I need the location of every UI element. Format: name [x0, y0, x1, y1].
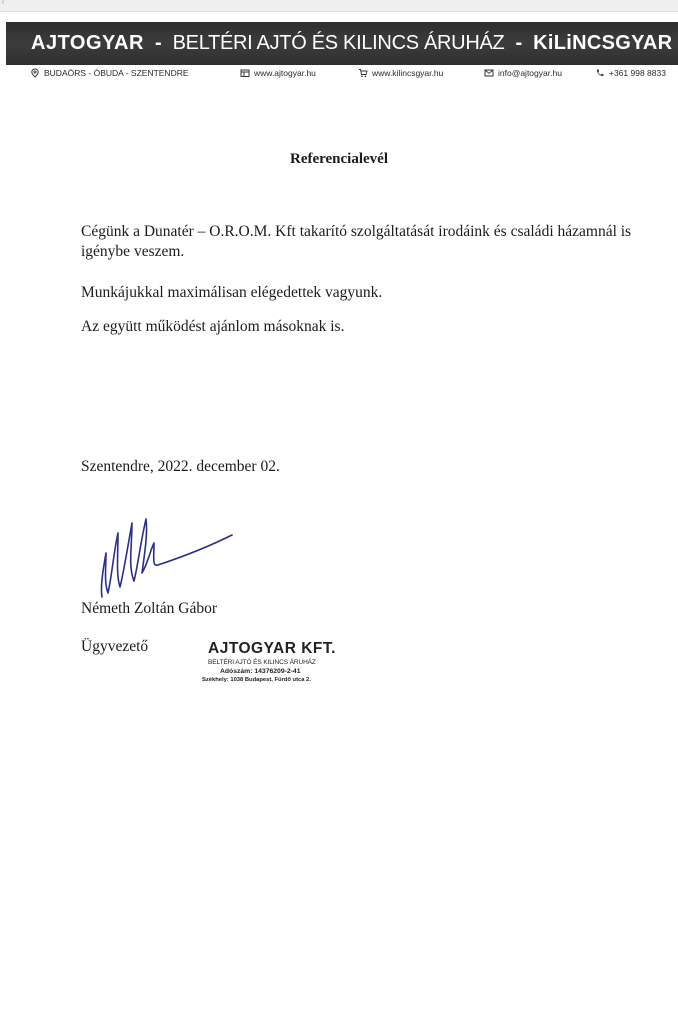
- contact-website-kilincsgyar[interactable]: www.kilincsgyar.hu: [358, 68, 443, 78]
- stamp-tax-id: Adószám: 14376209-2-41: [200, 667, 360, 676]
- signer-name: Németh Zoltán Gábor: [81, 600, 217, 618]
- letter-paragraph: Az együtt működést ajánlom másoknak is.: [81, 317, 641, 337]
- handwritten-signature: [90, 505, 240, 605]
- tagline: BELTÉRI AJTÓ ÉS KILINCS ÁRUHÁZ: [173, 32, 505, 55]
- contact-website-ajtogyar[interactable]: www.ajtogyar.hu: [240, 68, 316, 78]
- letter-title: Referencialevél: [0, 151, 678, 168]
- brand-ajtogyar: AJTOGYAR: [31, 32, 144, 55]
- separator: -: [515, 32, 522, 55]
- cart-icon: [358, 68, 368, 78]
- contact-phone[interactable]: +361 998 8833: [595, 68, 666, 78]
- stamp-subtitle: BELTÉRI AJTÓ ÉS KILINCS ÁRUHÁZ: [200, 658, 360, 667]
- phone-icon: [595, 68, 605, 78]
- viewer-top-bar: ‹: [0, 0, 678, 12]
- contact-locations: BUDAÖRS - ÓBUDA - SZENTENDRE: [30, 68, 189, 78]
- letter-paragraph: Cégünk a Dunatér – O.R.O.M. Kft takarító…: [81, 222, 641, 262]
- mail-icon: [484, 68, 494, 78]
- brand-kilincsgyar: KiLiNCSGYAR: [533, 32, 672, 55]
- letterhead-banner: AJTOGYAR - BELTÉRI AJTÓ ÉS KILINCS ÁRUHÁ…: [6, 22, 678, 65]
- signer-role: Ügyvezető: [81, 638, 148, 656]
- stamp-company-name: AJTOGYAR KFT.: [200, 640, 360, 658]
- company-stamp: AJTOGYAR KFT. BELTÉRI AJTÓ ÉS KILINCS ÁR…: [200, 640, 360, 684]
- map-pin-icon: [30, 68, 40, 78]
- letterhead-contacts: BUDAÖRS - ÓBUDA - SZENTENDRE www.ajtogya…: [30, 68, 678, 82]
- separator: -: [155, 32, 162, 55]
- contact-email[interactable]: info@ajtogyar.hu: [484, 68, 562, 78]
- browser-icon: [240, 68, 250, 78]
- place-date: Szentendre, 2022. december 02.: [81, 458, 280, 476]
- stamp-address: Székhely: 1038 Budapest, Fürdő utca 2.: [200, 676, 360, 684]
- back-arrow-icon[interactable]: ‹: [1, 0, 5, 8]
- letter-paragraph: Munkájukkal maximálisan elégedettek vagy…: [81, 283, 641, 303]
